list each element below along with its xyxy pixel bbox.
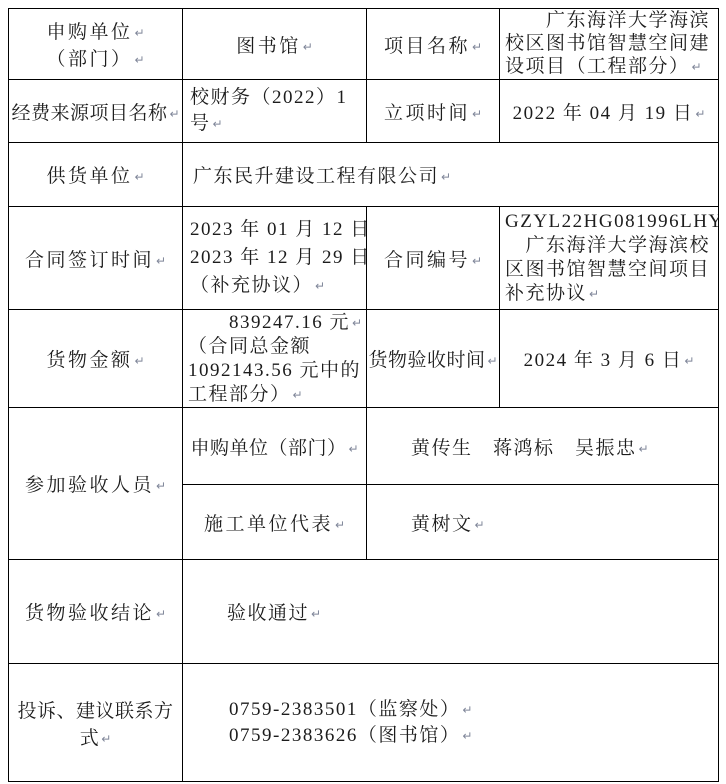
cell-supplier-value: 广东民升建设工程有限公司↵	[183, 143, 719, 207]
text-line: 0759-2383626（图书馆）	[229, 725, 460, 746]
paragraph-mark-icon: ↵	[695, 107, 705, 121]
text-line: 设项目（工程部分）	[505, 56, 690, 77]
text-line: 式	[80, 728, 100, 749]
paragraph-mark-icon: ↵	[487, 354, 497, 368]
cell-funding-source-label: 经费来源项目名称↵	[9, 80, 183, 143]
paragraph-mark-icon: ↵	[639, 442, 649, 456]
cell-initiation-time-label: 立项时间↵	[367, 80, 500, 143]
text-line: 2022 年 04 月 19 日	[513, 103, 694, 124]
cell-funding-source-value: 校财务（2022）1 号↵	[183, 80, 367, 143]
paragraph-mark-icon: ↵	[134, 170, 144, 184]
paragraph-mark-icon: ↵	[303, 40, 313, 54]
text-line: 货物金额	[46, 350, 132, 371]
text-line: 校区图书馆智慧空间建	[505, 33, 710, 54]
cell-contract-sign-time-label: 合同签订时间↵	[9, 207, 183, 310]
cell-complaint-label: 投诉、建议联系方 式↵	[9, 664, 183, 782]
text-line: 申购单位（部门）	[190, 438, 346, 459]
cell-participants-builder-name: 黄树文↵	[367, 485, 719, 560]
text-line: 参加验收人员	[25, 475, 154, 496]
cell-goods-amount-label: 货物金额↵	[9, 310, 183, 408]
cell-participants-dept-label: 申购单位（部门）↵	[183, 408, 367, 485]
paragraph-mark-icon: ↵	[462, 729, 472, 743]
text-line: （合同总金额	[188, 336, 311, 357]
text-line: 施工单位代表	[204, 514, 333, 535]
cell-applicant-value: 图书馆↵	[183, 9, 367, 80]
cell-contract-no-label: 合同编号↵	[367, 207, 500, 310]
text-line: 2024 年 3 月 6 日	[524, 350, 683, 371]
text-line: 合同签订时间	[25, 250, 154, 271]
acceptance-form-table: 申购单位↵ （部门）↵ 图书馆↵ 项目名称↵ 广东海洋大学海滨 校区图书馆智慧空…	[8, 8, 719, 782]
paragraph-mark-icon: ↵	[156, 607, 166, 621]
text-line: 黄树文	[411, 514, 473, 535]
cell-project-name-label: 项目名称↵	[367, 9, 500, 80]
paragraph-mark-icon: ↵	[156, 479, 166, 493]
text-line: 投诉、建议联系方	[17, 701, 173, 722]
cell-acceptance-time-label: 货物验收时间↵	[367, 310, 500, 408]
paragraph-mark-icon: ↵	[311, 607, 321, 621]
text-line: 立项时间	[384, 103, 470, 124]
paragraph-mark-icon: ↵	[348, 442, 358, 456]
cell-initiation-time-value: 2022 年 04 月 19 日↵	[500, 80, 719, 143]
paragraph-mark-icon: ↵	[475, 518, 485, 532]
text-line: 验收通过	[227, 603, 309, 624]
text-line: 广东海洋大学海滨	[505, 10, 710, 31]
paragraph-mark-icon: ↵	[335, 518, 345, 532]
paragraph-mark-icon: ↵	[134, 53, 144, 67]
text-line: 2023 年 01 月 12 日	[190, 219, 367, 240]
paragraph-mark-icon: ↵	[169, 107, 179, 121]
paragraph-mark-icon: ↵	[352, 316, 362, 330]
text-line: 货物验收时间	[368, 350, 485, 371]
paragraph-mark-icon: ↵	[134, 354, 144, 368]
cell-goods-amount-value: 839247.16 元↵ （合同总金额 1092143.56 元中的 工程部分）…	[183, 310, 367, 408]
paragraph-mark-icon: ↵	[472, 40, 482, 54]
text-line: （部门）	[46, 49, 132, 70]
text-line: 区图书馆智慧空间项目	[505, 259, 710, 280]
cell-participants-label: 参加验收人员↵	[9, 408, 183, 560]
paragraph-mark-icon: ↵	[472, 254, 482, 268]
paragraph-mark-icon: ↵	[472, 107, 482, 121]
text-line: 申购单位	[46, 22, 132, 43]
cell-conclusion-value: 验收通过↵	[183, 560, 719, 664]
text-line: 合同编号	[384, 250, 470, 271]
text-line: 0759-2383501（监察处）	[229, 699, 460, 720]
paragraph-mark-icon: ↵	[684, 354, 694, 368]
text-line: 补充协议	[505, 283, 587, 304]
text-line: 1092143.56 元中的	[188, 360, 361, 381]
cell-participants-builder-label: 施工单位代表↵	[183, 485, 367, 560]
text-line: 经费来源项目名称	[11, 103, 167, 124]
cell-project-name-value: 广东海洋大学海滨 校区图书馆智慧空间建 设项目（工程部分）↵	[500, 9, 719, 80]
cell-conclusion-label: 货物验收结论↵	[9, 560, 183, 664]
paragraph-mark-icon: ↵	[589, 287, 599, 301]
paragraph-mark-icon: ↵	[462, 703, 472, 717]
paragraph-mark-icon: ↵	[156, 254, 166, 268]
text-line: 图书馆	[236, 36, 301, 57]
paragraph-mark-icon: ↵	[213, 117, 223, 131]
text-line: 黄传生 蒋鸿标 吴振忠	[411, 438, 637, 459]
paragraph-mark-icon: ↵	[101, 732, 111, 746]
paragraph-mark-icon: ↵	[441, 170, 451, 184]
cell-applicant-label: 申购单位↵ （部门）↵	[9, 9, 183, 80]
text-line: 广东民升建设工程有限公司	[193, 166, 439, 187]
goods-acceptance-form: 申购单位↵ （部门）↵ 图书馆↵ 项目名称↵ 广东海洋大学海滨 校区图书馆智慧空…	[8, 8, 719, 782]
text-line: GZYL22HG081996LHY	[505, 211, 719, 232]
text-line: 839247.16 元	[188, 312, 350, 333]
paragraph-mark-icon: ↵	[134, 26, 144, 40]
cell-acceptance-time-value: 2024 年 3 月 6 日↵	[500, 310, 719, 408]
cell-supplier-label: 供货单位↵	[9, 143, 183, 207]
text-line: 货物验收结论	[25, 603, 154, 624]
text-line: 供货单位	[46, 166, 132, 187]
text-line: 广东海洋大学海滨校	[505, 235, 710, 256]
cell-participants-dept-names: 黄传生 蒋鸿标 吴振忠↵	[367, 408, 719, 485]
text-line: 号	[190, 113, 211, 134]
cell-contract-sign-time-value: 2023 年 01 月 12 日↵ 2023 年 12 月 29 日 （补充协议…	[183, 207, 367, 310]
text-line: （补充协议）	[190, 275, 313, 296]
paragraph-mark-icon: ↵	[692, 60, 702, 74]
text-line: 项目名称	[384, 36, 470, 57]
paragraph-mark-icon: ↵	[315, 279, 325, 293]
paragraph-mark-icon: ↵	[293, 388, 303, 402]
text-line: 工程部分）	[188, 384, 291, 405]
text-line: 校财务（2022）1	[190, 87, 348, 108]
cell-complaint-value: 0759-2383501（监察处）↵ 0759-2383626（图书馆）↵	[183, 664, 719, 782]
cell-contract-no-value: GZYL22HG081996LHY↵ 广东海洋大学海滨校 区图书馆智慧空间项目 …	[500, 207, 719, 310]
text-line: 2023 年 12 月 29 日	[190, 247, 367, 268]
